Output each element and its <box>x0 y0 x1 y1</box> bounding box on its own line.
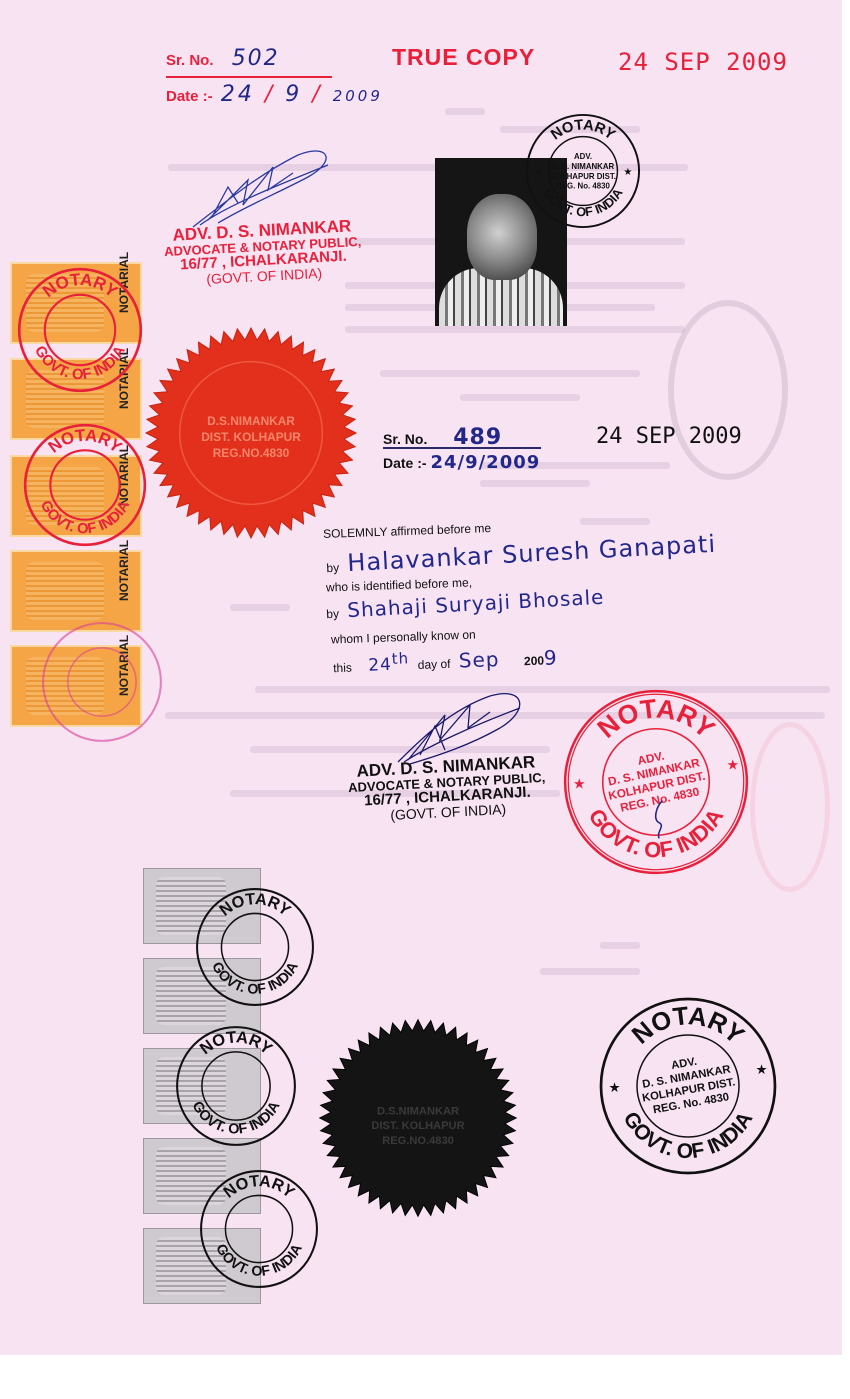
register-date: Date :- 24/9/2009 <box>383 452 540 473</box>
notary-stamp-red-small: NOTARY GOVT. OF INDIA <box>22 422 148 548</box>
date-value: 24 / 9 / 2009 <box>221 82 383 107</box>
ghost-text <box>345 326 685 333</box>
ghost-text <box>480 480 590 487</box>
ghost-stamp <box>668 300 788 480</box>
date-label: Date :- <box>383 455 427 471</box>
svg-text:GOVT. OF INDIA: GOVT. OF INDIA <box>619 1108 758 1163</box>
affirmation-date: this 24th day of Sep 2009 <box>333 644 558 677</box>
true-copy-date: Date :- 24 / 9 / 2009 <box>166 82 383 107</box>
date-stamp-red: 24 SEP 2009 <box>618 48 788 76</box>
notary-stamp-black-small: NOTARY GOVT. OF INDIA <box>174 1024 298 1148</box>
date-value: 24/9/2009 <box>430 452 540 473</box>
date-label: Date :- <box>166 88 213 105</box>
svg-text:NOTARY: NOTARY <box>216 890 294 920</box>
notary-stamp-black-small: NOTARY GOVT. OF INDIA <box>198 1168 320 1290</box>
svg-text:★: ★ <box>534 167 543 178</box>
svg-text:NOTARY: NOTARY <box>220 1172 298 1202</box>
svg-text:GOVT. OF INDIA: GOVT. OF INDIA <box>208 959 302 997</box>
svg-text:NOTARY: NOTARY <box>45 426 126 457</box>
svg-text:NOTARY: NOTARY <box>196 1027 276 1058</box>
ghost-text <box>600 942 640 949</box>
notary-stamp-pink-faded <box>40 620 164 744</box>
notary-stamp-photo: NOTARY GOVT. OF INDIA ADV. D. S. NIMANKA… <box>524 112 642 230</box>
affirmation-line3: who is identified before me, <box>326 575 472 594</box>
notary-stamp-black-small: NOTARY GOVT. OF INDIA <box>194 886 316 1008</box>
notary-stamp-red-large: NOTARY GOVT. OF INDIA ADV. D. S. NIMANKA… <box>562 688 750 876</box>
document-page: Sr. No. 502 Date :- 24 / 9 / 2009 TRUE C… <box>0 0 842 1355</box>
svg-text:★: ★ <box>756 1062 768 1077</box>
advocate-stamp-red: ADV. D. S. NIMANKAR ADVOCATE & NOTARY PU… <box>157 217 370 290</box>
svg-text:★: ★ <box>727 756 740 772</box>
ghost-text <box>445 108 485 115</box>
svg-text:★: ★ <box>623 167 632 178</box>
svg-text:D. S. NIMANKAR: D. S. NIMANKAR <box>552 162 615 171</box>
svg-text:GOVT. OF INDIA: GOVT. OF INDIA <box>31 343 129 384</box>
svg-text:REG.NO.4830: REG.NO.4830 <box>382 1135 454 1147</box>
true-copy-sr-no: Sr. No. 502 <box>166 46 280 71</box>
ghost-text <box>540 968 640 975</box>
sr-no-label: Sr. No. <box>383 431 427 447</box>
svg-text:ADV.: ADV. <box>574 152 592 161</box>
date-stamp-black: 24 SEP 2009 <box>596 424 742 449</box>
true-copy-title: TRUE COPY <box>392 44 535 71</box>
svg-text:D.S.NIMANKAR: D.S.NIMANKAR <box>207 414 295 428</box>
svg-text:GOVT. OF INDIA: GOVT. OF INDIA <box>37 498 134 538</box>
sr-no-value: 502 <box>232 46 280 71</box>
embossed-seal-black: D.S.NIMANKAR DIST. KOLHAPUR REG.NO.4830 <box>316 1016 520 1220</box>
ghost-text <box>380 370 640 377</box>
notary-stamp-black-large: NOTARY GOVT. OF INDIA ADV. D. S. NIMANKA… <box>598 996 778 1176</box>
divider <box>166 76 332 78</box>
notary-stamp-red-small: NOTARY GOVT. OF INDIA <box>16 266 144 394</box>
advocate-stamp-black: ADV. D. S. NIMANKAR ADVOCATE & NOTARY PU… <box>341 753 554 826</box>
svg-text:NOTARY: NOTARY <box>39 270 121 302</box>
svg-text:REG.NO.4830: REG.NO.4830 <box>213 446 290 460</box>
ghost-text <box>460 394 580 401</box>
svg-text:★: ★ <box>573 775 586 791</box>
svg-text:★: ★ <box>609 1080 621 1095</box>
svg-text:KOLHAPUR DIST.: KOLHAPUR DIST. <box>550 172 616 181</box>
svg-text:GOVT. OF INDIA: GOVT. OF INDIA <box>212 1241 306 1279</box>
ghost-text <box>580 518 650 525</box>
svg-text:NOTARY: NOTARY <box>592 693 721 744</box>
embossed-seal-red: D.S.NIMANKAR DIST. KOLHAPUR REG.NO.4830 <box>142 324 360 542</box>
svg-text:D.S.NIMANKAR: D.S.NIMANKAR <box>377 1105 459 1117</box>
svg-text:DIST. KOLHAPUR: DIST. KOLHAPUR <box>201 430 301 444</box>
sr-no-label: Sr. No. <box>166 52 214 69</box>
svg-text:REG. No. 4830: REG. No. 4830 <box>556 182 610 191</box>
ghost-text <box>230 604 290 611</box>
svg-text:DIST. KOLHAPUR: DIST. KOLHAPUR <box>371 1120 464 1132</box>
divider <box>383 447 541 449</box>
ghost-stamp-red <box>750 722 830 892</box>
affirmation-line5: whom I personally know on <box>331 627 476 646</box>
svg-text:GOVT. OF INDIA: GOVT. OF INDIA <box>188 1098 283 1137</box>
